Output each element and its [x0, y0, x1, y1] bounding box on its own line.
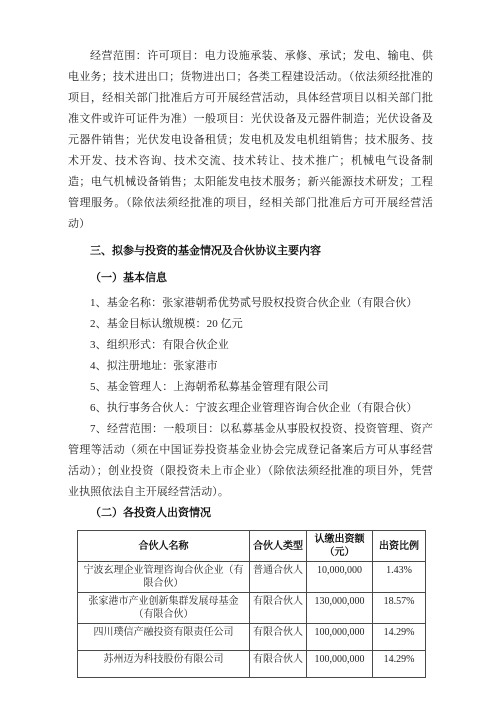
document-content: 经营范围：许可项目：电力设施承装、承修、承试；发电、输电、供电业务；技术进出口；…: [0, 0, 500, 678]
partner-type-cell: 有限合伙人: [250, 651, 307, 678]
table-header-row: 合伙人名称 合伙人类型 认缴出资额（元） 出资比例: [78, 531, 426, 562]
ratio-cell: 1.43%: [373, 562, 426, 593]
partner-name-cell: 张家港市产业创新集群发展母基金（有限合伙）: [78, 593, 250, 624]
investors-table: 合伙人名称 合伙人类型 认缴出资额（元） 出资比例 宁波玄理企业管理咨询合伙企业…: [77, 530, 426, 678]
col-header-partner-type: 合伙人类型: [250, 531, 307, 562]
partner-name-cell: 苏州迈为科技股份有限公司: [78, 651, 250, 678]
col-header-contribution-ratio: 出资比例: [373, 531, 426, 562]
section-3-heading: 三、拟参与投资的基金情况及合伙协议主要内容: [68, 241, 433, 262]
partner-type-cell: 普通合伙人: [250, 562, 307, 593]
partner-name-cell: 宁波玄理企业管理咨询合伙企业（有限合伙）: [78, 562, 250, 593]
subsection-2-heading: （二）各投资人出资情况: [68, 503, 433, 524]
fund-target-scale-item: 2、基金目标认缴规模：20 亿元: [68, 314, 433, 335]
ratio-cell: 18.57%: [373, 593, 426, 624]
amount-cell: 130,000,000: [307, 593, 373, 624]
ratio-cell: 14.29%: [373, 651, 426, 678]
table-row: 张家港市产业创新集群发展母基金（有限合伙） 有限合伙人 130,000,000 …: [78, 593, 426, 624]
document-page: 经营范围：许可项目：电力设施承装、承修、承试；发电、输电、供电业务；技术进出口；…: [0, 0, 500, 707]
fund-business-scope-item: 7、经营范围：一般项目：以私募基金从事股权投资、投资管理、资产管理等活动（须在中…: [68, 419, 433, 503]
fund-name-item: 1、基金名称：张家港朝希优势贰号股权投资合伙企业（有限合伙）: [68, 293, 433, 314]
col-header-subscribed-amount: 认缴出资额（元）: [307, 531, 373, 562]
partner-type-cell: 有限合伙人: [250, 593, 307, 624]
fund-manager-item: 5、基金管理人：上海朝希私募基金管理有限公司: [68, 377, 433, 398]
table-row: 苏州迈为科技股份有限公司 有限合伙人 100,000,000 14.29%: [78, 651, 426, 678]
table-row: 四川璞信产融投资有限责任公司 有限合伙人 100,000,000 14.29%: [78, 624, 426, 651]
partner-name-cell: 四川璞信产融投资有限责任公司: [78, 624, 250, 651]
amount-cell: 100,000,000: [307, 651, 373, 678]
col-header-partner-name: 合伙人名称: [78, 531, 250, 562]
ratio-cell: 14.29%: [373, 624, 426, 651]
organization-form-item: 3、组织形式：有限合伙企业: [68, 335, 433, 356]
partner-type-cell: 有限合伙人: [250, 624, 307, 651]
amount-cell: 10,000,000: [307, 562, 373, 593]
table-row: 宁波玄理企业管理咨询合伙企业（有限合伙） 普通合伙人 10,000,000 1.…: [78, 562, 426, 593]
business-scope-paragraph: 经营范围：许可项目：电力设施承装、承修、承试；发电、输电、供电业务；技术进出口；…: [68, 46, 433, 235]
executive-partner-item: 6、执行事务合伙人：宁波玄理企业管理咨询合伙企业（有限合伙）: [68, 398, 433, 419]
registered-address-item: 4、拟注册地址：张家港市: [68, 356, 433, 377]
subsection-1-heading: （一）基本信息: [68, 268, 433, 289]
amount-cell: 100,000,000: [307, 624, 373, 651]
